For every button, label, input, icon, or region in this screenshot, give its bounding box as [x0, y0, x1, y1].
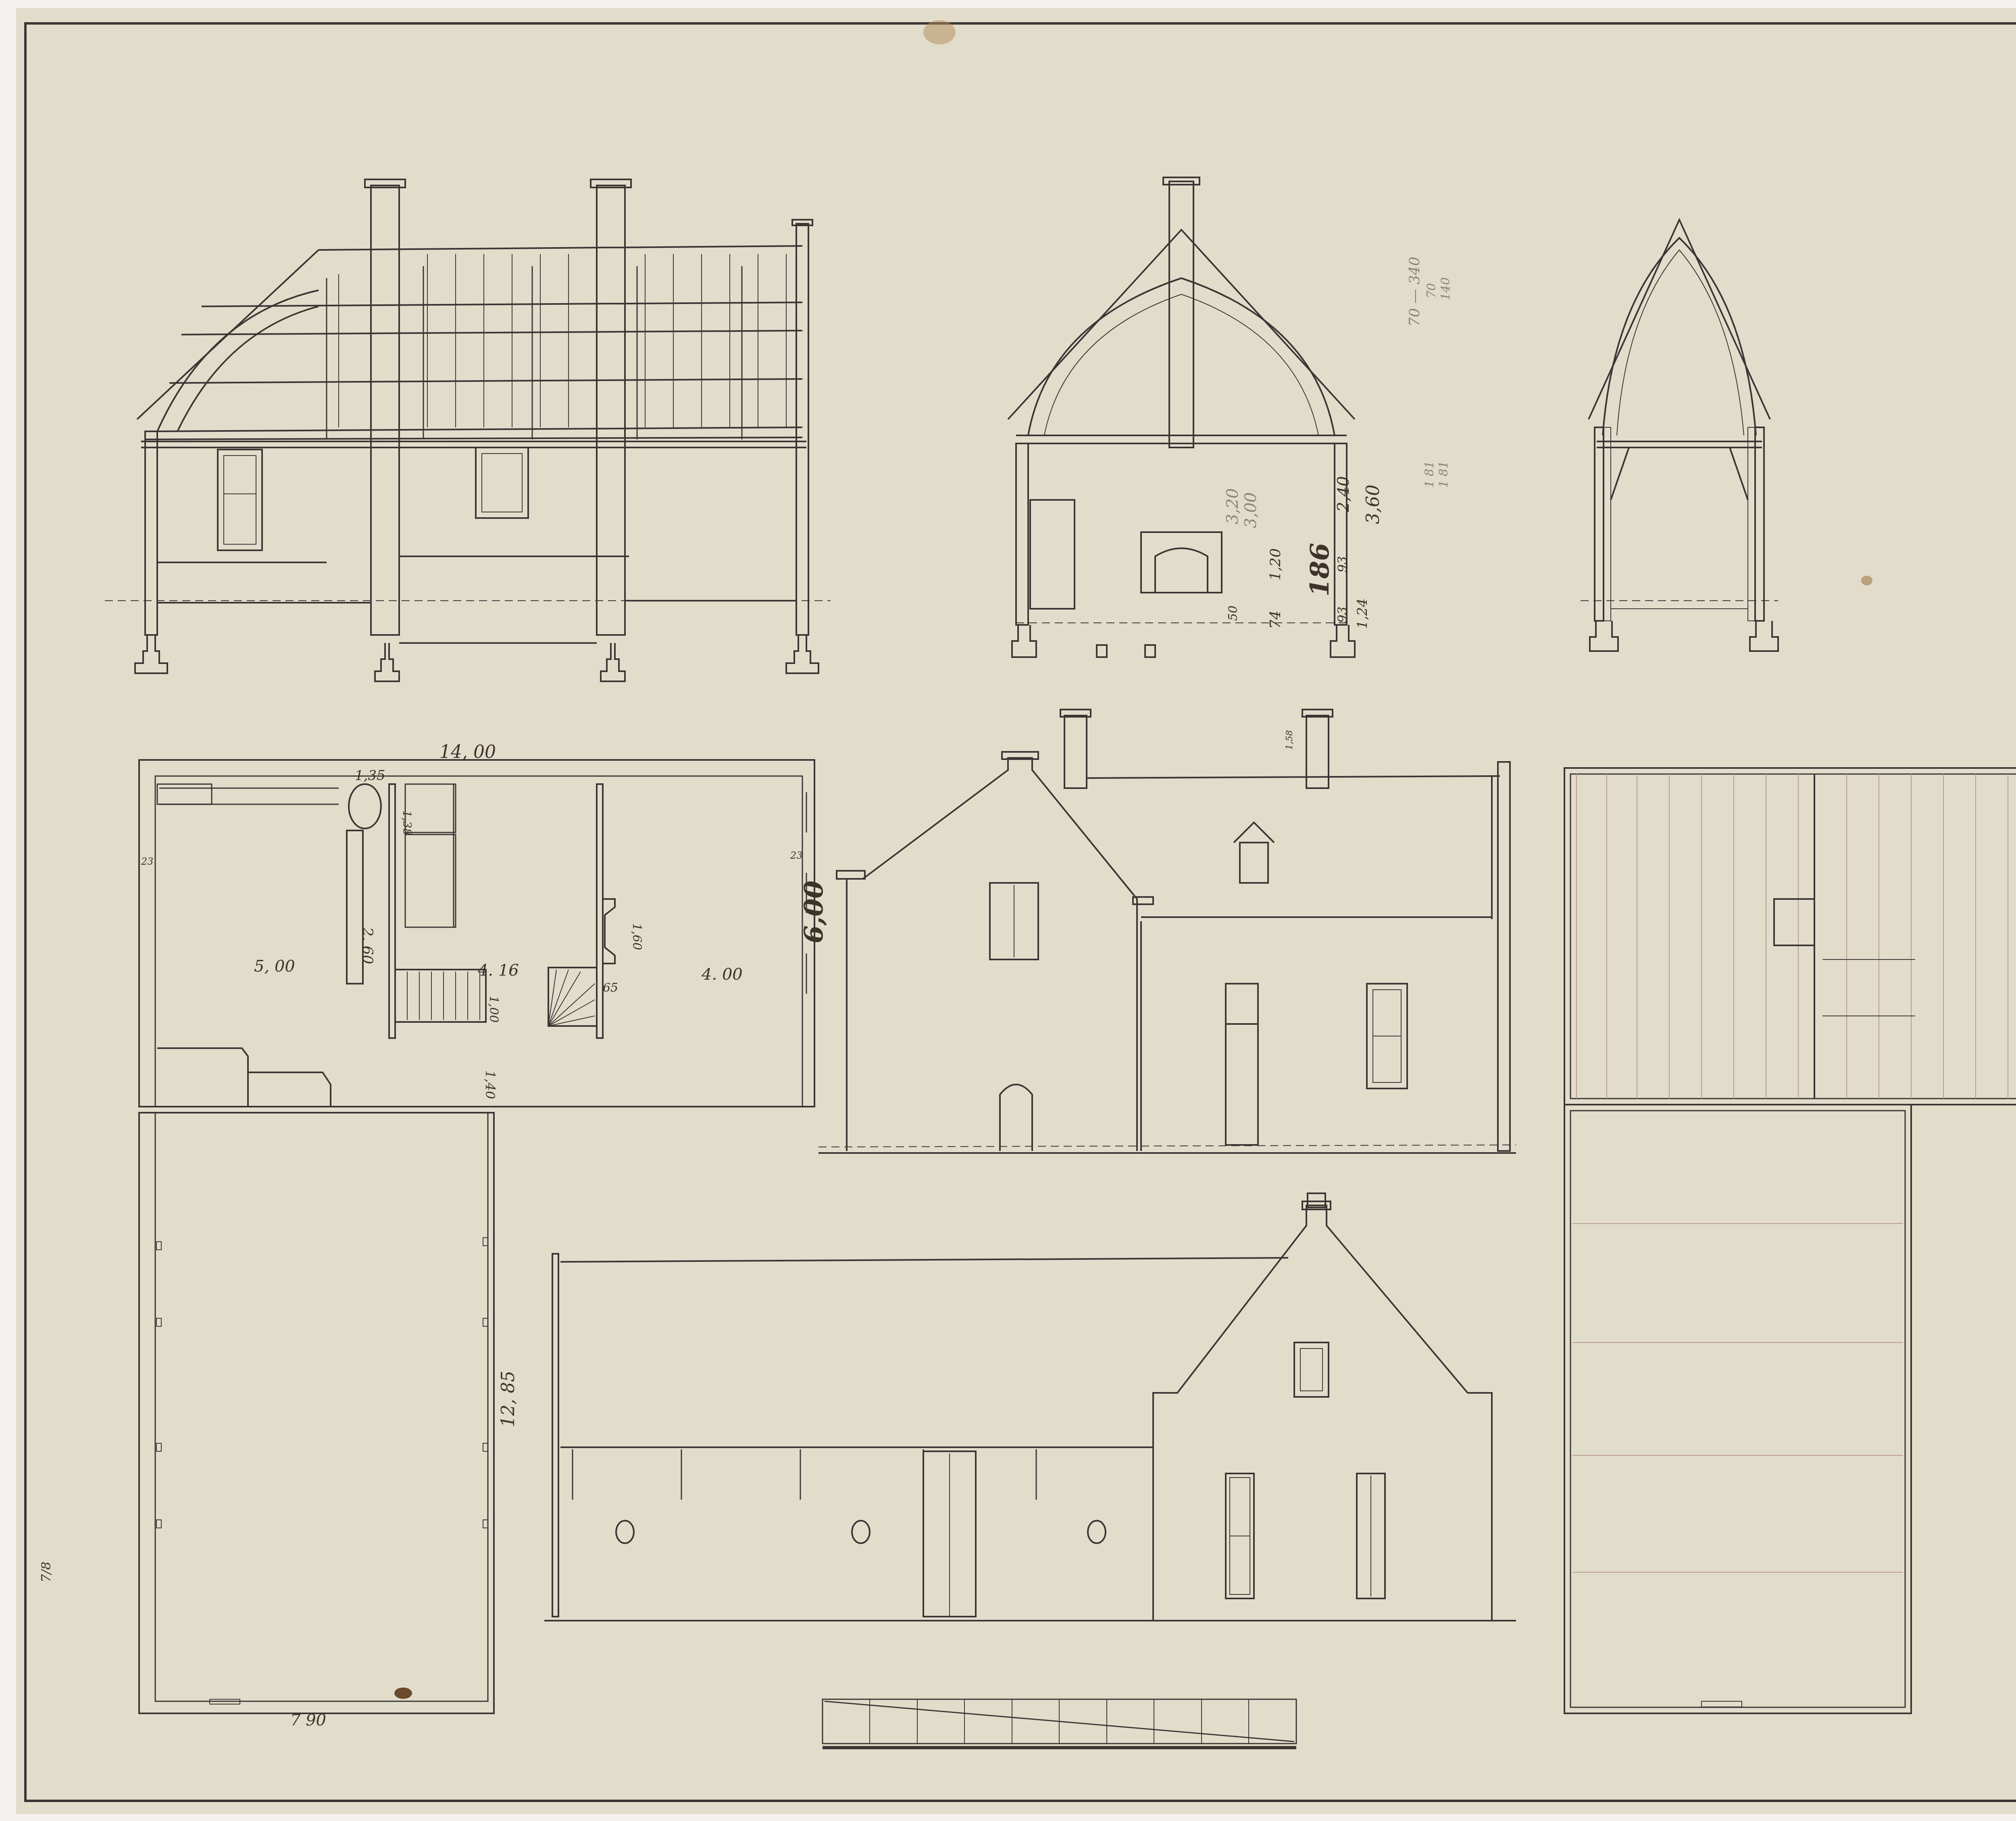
cross-section-truss: [1581, 220, 1778, 651]
dim-1-20: 1,20: [1267, 548, 1284, 581]
dim-overall-width: 14, 00: [439, 742, 496, 762]
dim-barn-length: 12, 85: [498, 1371, 519, 1427]
scale-bar: [823, 1699, 1296, 1748]
dim-stair-gap: 65: [603, 981, 618, 995]
front-elevation: 1,58: [818, 710, 1516, 1153]
side-elevation: [544, 1193, 1516, 1621]
pencil-calc2-line-2: 1 81: [1437, 461, 1451, 488]
cross-section-chimney: 3,20 3,00 2,40 3,60 1,20 74 50 186 93 93…: [1008, 177, 1383, 657]
corner-note: 7/8: [38, 1562, 54, 1583]
dim-wall-left: 23: [141, 856, 154, 867]
pencil-calc2-line-1: 1 81: [1422, 461, 1437, 488]
dim-3-20: 3,20: [1223, 488, 1242, 524]
dim-alcove-depth: 1,38: [400, 810, 414, 835]
drawing-canvas: 3,20 3,00 2,40 3,60 1,20 74 50 186 93 93…: [0, 0, 2016, 1821]
pencil-calculations: 70 — 340 70 140 1 81 1 81: [1406, 257, 1453, 488]
dim-186: 186: [1305, 543, 1335, 597]
dim-2-40: 2,40: [1334, 476, 1353, 512]
ground-plan: 14, 00 1,35 1,38 1,60 65: [139, 742, 829, 1107]
roof-plan: [1564, 768, 2016, 1713]
dim-3-60: 3,60: [1363, 485, 1383, 524]
dim-passage: 2. 60: [359, 927, 376, 964]
barn-plan: 12, 85 7 90: [139, 1107, 519, 1729]
dim-1-24: 1,24: [1354, 598, 1370, 629]
dim-barn-width: 7 90: [290, 1711, 326, 1729]
room-right-dim: 4. 00: [701, 965, 743, 984]
pencil-calc-line-3: 140: [1439, 277, 1453, 300]
dim-wall-right: 23: [790, 850, 803, 861]
dim-fireplace: 1,60: [630, 923, 644, 950]
dim-depth: 6,00: [799, 880, 829, 943]
dim-93-upper: 93: [1335, 556, 1350, 572]
dim-74: 74: [1267, 610, 1284, 629]
dim-93-lower: 93: [1335, 606, 1350, 623]
room-left-dim: 5, 00: [254, 957, 295, 976]
room-mid-dim: 4. 16: [477, 961, 519, 980]
dim-corridor: 1,40: [483, 1070, 498, 1099]
stain: [923, 20, 956, 44]
long-section: [105, 179, 831, 681]
dim-alcove: 1,35: [355, 768, 385, 784]
pencil-calc-line-1: 70 — 340: [1406, 257, 1423, 327]
dim-50: 50: [1226, 606, 1240, 621]
pencil-calc-line-2: 70: [1425, 283, 1439, 298]
dim-3-00: 3,00: [1241, 492, 1260, 528]
dim-chimney-height: 1,58: [1285, 730, 1295, 750]
stain: [1861, 576, 1872, 585]
dim-stair: 1,00: [487, 996, 501, 1023]
